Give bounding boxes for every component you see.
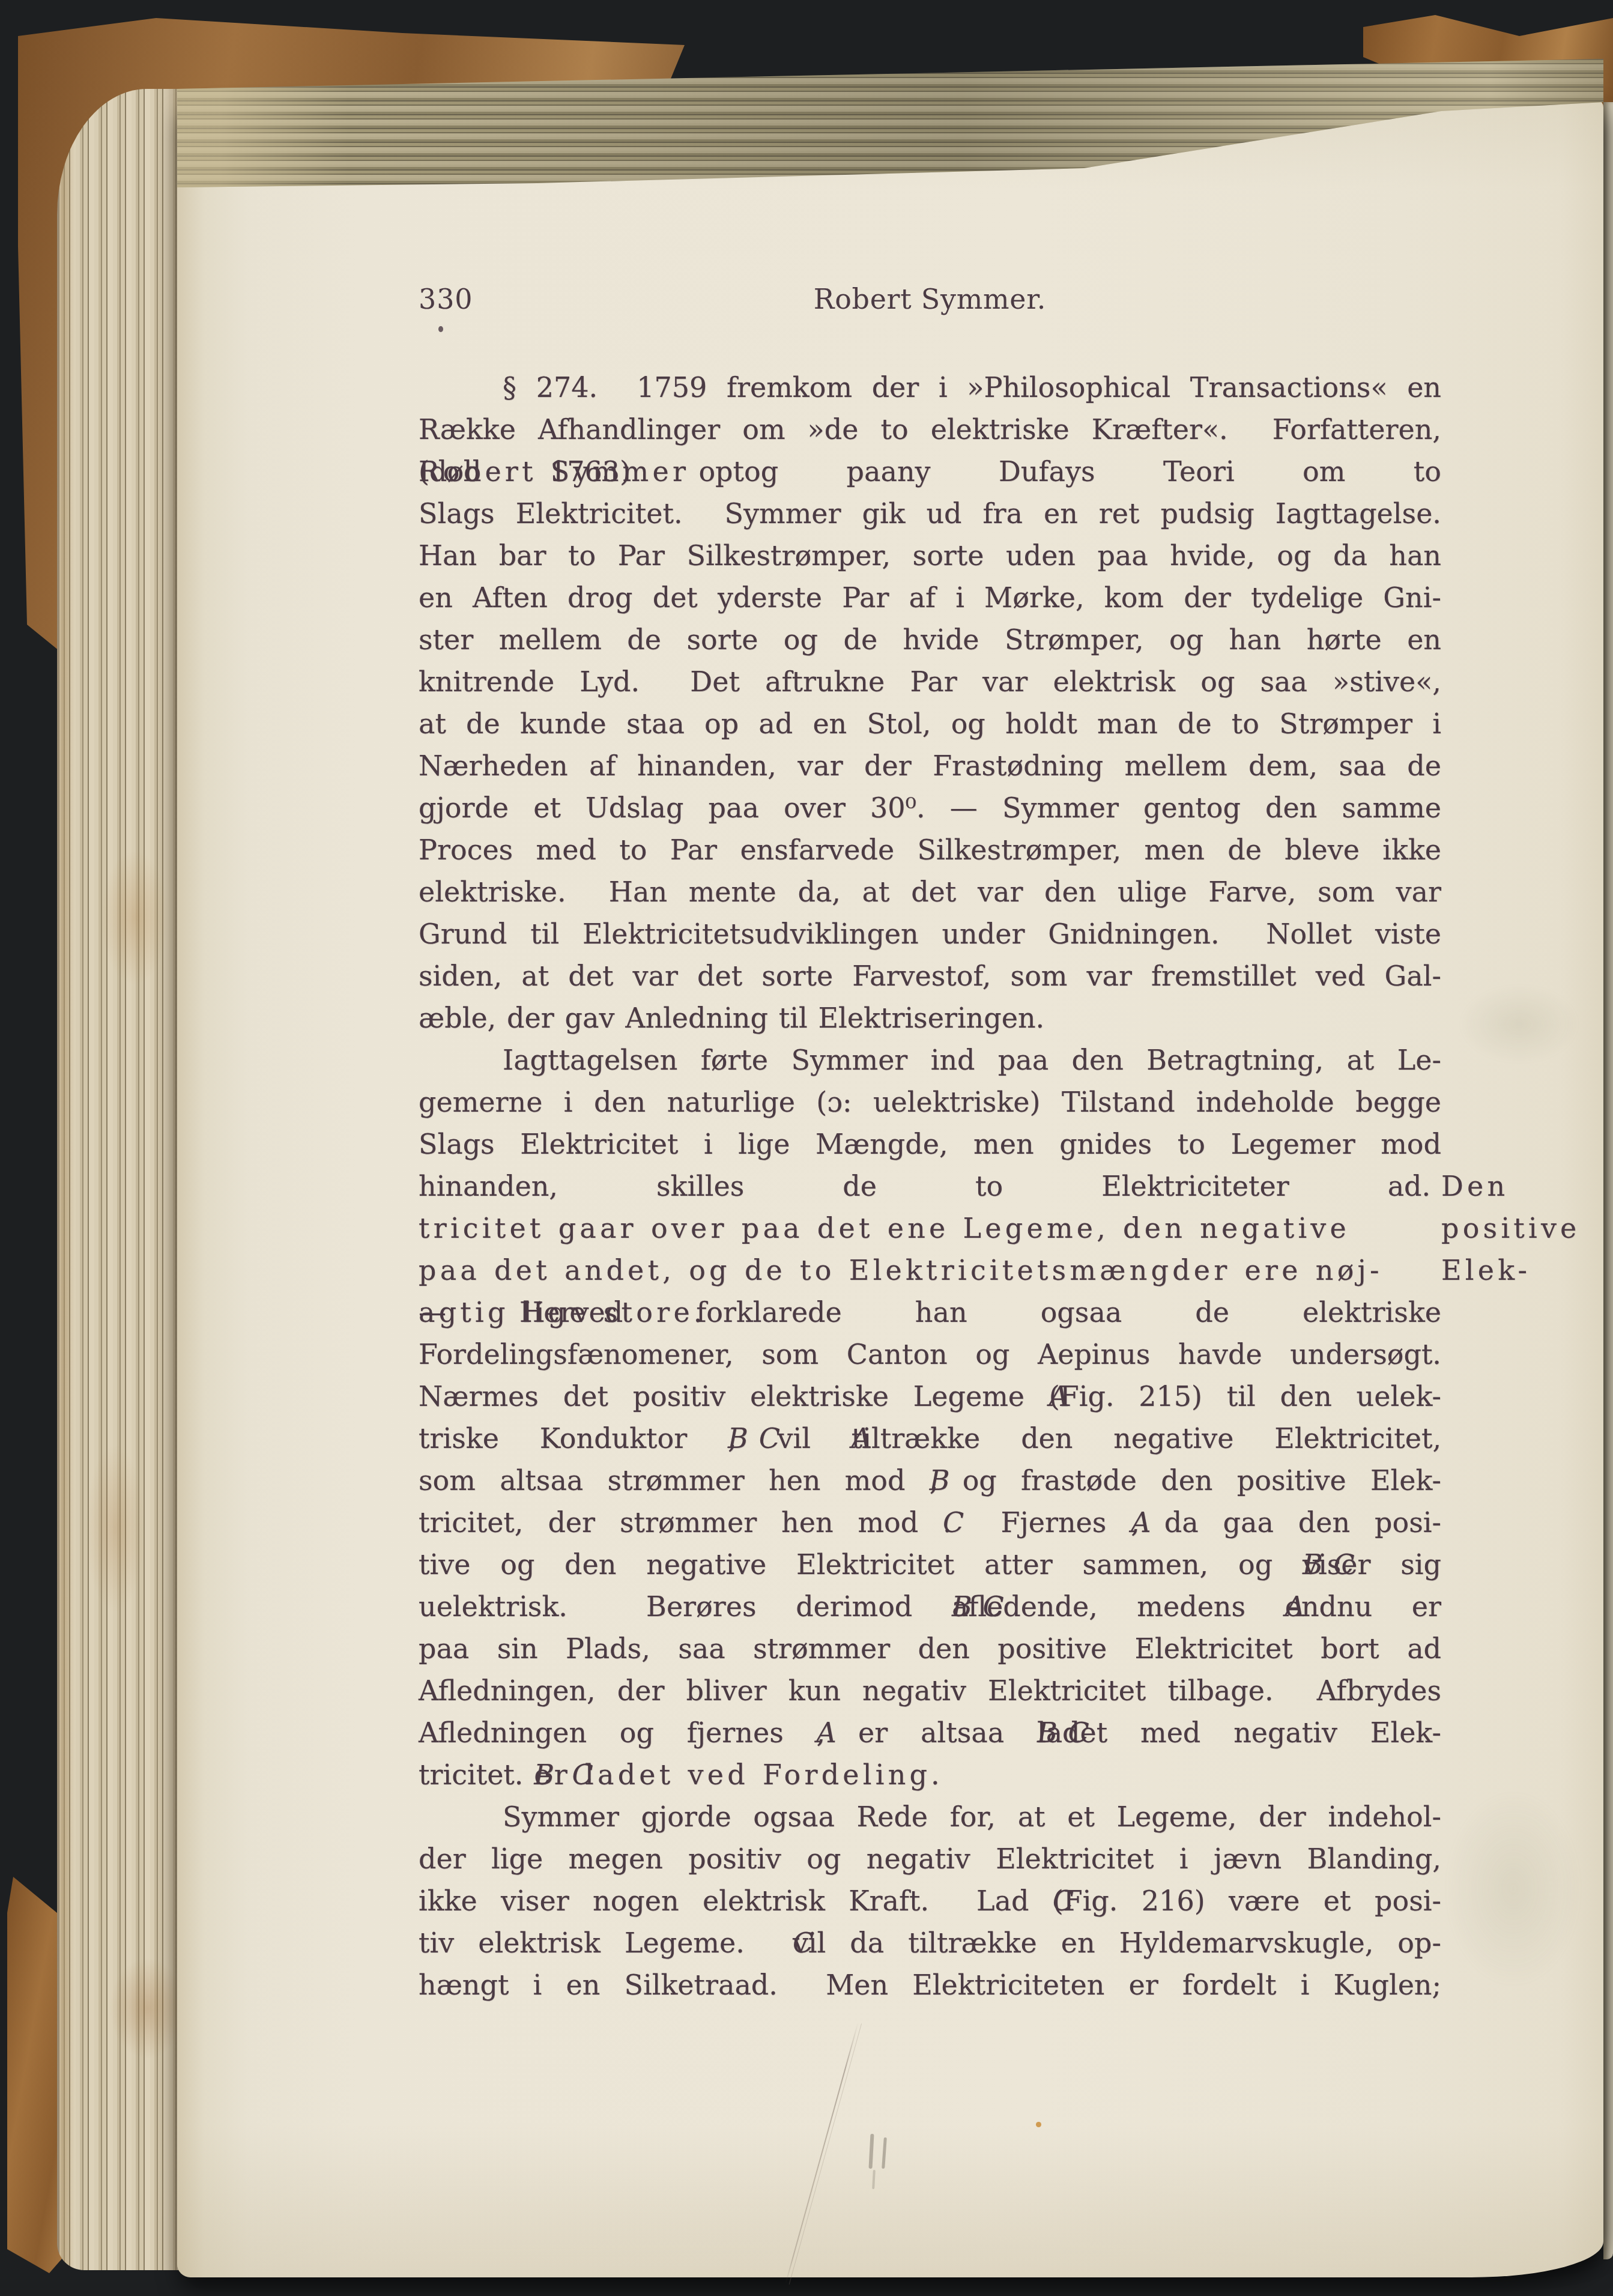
- text-line: hinanden, skilles de to Elektriciteter a…: [419, 1165, 1441, 1207]
- text-line: triske Konduktor B C, vil A tiltrække de…: [419, 1417, 1441, 1459]
- text-line: Afledningen og fjernes A, er altsaa B C …: [419, 1712, 1441, 1754]
- text-line: agtig lige store. — Herved forklarede ha…: [419, 1291, 1441, 1333]
- text-line: Symmer gjorde ogsaa Rede for, at et Lege…: [419, 1796, 1441, 1838]
- text-line: hængt i en Silketraad. Men Elektricitete…: [419, 1964, 1441, 2006]
- page-header: 330 Robert Symmer.: [419, 282, 1441, 316]
- text-line: tricitet gaar over paa det ene Legeme, d…: [419, 1207, 1441, 1249]
- show-through-smudge: [1444, 1790, 1582, 1988]
- text-line: æble, der gav Anledning til Elektriserin…: [419, 997, 1441, 1039]
- text-line: Han bar to Par Silkestrømper, sorte uden…: [419, 535, 1441, 577]
- text-line: § 274. 1759 fremkom der i »Philosophical…: [419, 366, 1441, 408]
- text-line: der lige megen positiv og negativ Elektr…: [419, 1838, 1441, 1880]
- text-line: Robert Symmer (død 1763) optog paany Duf…: [419, 450, 1441, 492]
- text-line: Fordelingsfænomener, som Canton og Aepin…: [419, 1333, 1441, 1375]
- text-line: tiv elektrisk Legeme. C vil da tiltrække…: [419, 1922, 1441, 1964]
- text-line: Slags Elektricitet. Symmer gik ud fra en…: [419, 492, 1441, 535]
- text-line: tive og den negative Elektricitet atter …: [419, 1543, 1441, 1586]
- running-title: Robert Symmer.: [419, 282, 1441, 316]
- text-line: siden, at det var det sorte Farvestof, s…: [419, 955, 1441, 997]
- body-text: § 274. 1759 fremkom der i »Philosophical…: [419, 366, 1441, 2006]
- text-line: elektriske. Han mente da, at det var den…: [419, 871, 1441, 913]
- text-line: Nærheden af hinanden, var der Frastødnin…: [419, 745, 1441, 787]
- text-line: ikke viser nogen elektrisk Kraft. Lad C …: [419, 1880, 1441, 1922]
- show-through-smudge: [1459, 985, 1579, 1063]
- pencil-mark: [868, 2134, 874, 2169]
- pencil-mark: [882, 2137, 887, 2169]
- text-line: Proces med to Par ensfarvede Silkestrømp…: [419, 829, 1441, 871]
- text-line: Afledningen, der bliver kun negativ Elek…: [419, 1670, 1441, 1712]
- text-line: Grund til Elektricitetsudviklingen under…: [419, 913, 1441, 955]
- ink-speck: [438, 326, 443, 332]
- scratch-mark: [785, 2022, 859, 2284]
- text-line: knitrende Lyd. Det aftrukne Par var elek…: [419, 661, 1441, 703]
- book-scan-photo: 330 Robert Symmer. § 274. 1759 fremkom d…: [0, 0, 1613, 2296]
- text-line: tricitet. B C er ladet ved Fordeling.: [419, 1754, 1441, 1796]
- text-line: paa sin Plads, saa strømmer den positive…: [419, 1628, 1441, 1670]
- book-page: 330 Robert Symmer. § 274. 1759 fremkom d…: [177, 99, 1603, 2277]
- text-line: Iagttagelsen førte Symmer ind paa den Be…: [419, 1039, 1441, 1081]
- page-edge-right-strip: [1603, 102, 1613, 2259]
- text-line: som altsaa strømmer hen mod B, og frastø…: [419, 1459, 1441, 1501]
- text-line: en Aften drog det yderste Par af i Mørke…: [419, 577, 1441, 619]
- text-line: Række Afhandlinger om »de to elektriske …: [419, 408, 1441, 450]
- text-line: tricitet, der strømmer hen mod C. Fjerne…: [419, 1501, 1441, 1543]
- pencil-mark: [872, 2170, 876, 2189]
- text-line: Nærmes det positiv elektriske Legeme A (…: [419, 1375, 1441, 1417]
- text-line: paa det andet, og de to Elektricitetsmæn…: [419, 1249, 1441, 1291]
- text-line: gemerne i den naturlige (ɔ: uelektriske)…: [419, 1081, 1441, 1123]
- text-line: Slags Elektricitet i lige Mængde, men gn…: [419, 1123, 1441, 1165]
- page-edges-fore-left: [57, 89, 186, 2270]
- dust-speck: [1036, 2122, 1041, 2127]
- text-line: ster mellem de sorte og de hvide Strømpe…: [419, 619, 1441, 661]
- text-line: uelektrisk. Berøres derimod B C afledend…: [419, 1586, 1441, 1628]
- text-line: gjorde et Udslag paa over 30⁰. — Symmer …: [419, 787, 1441, 829]
- text-line: at de kunde staa op ad en Stol, og holdt…: [419, 703, 1441, 745]
